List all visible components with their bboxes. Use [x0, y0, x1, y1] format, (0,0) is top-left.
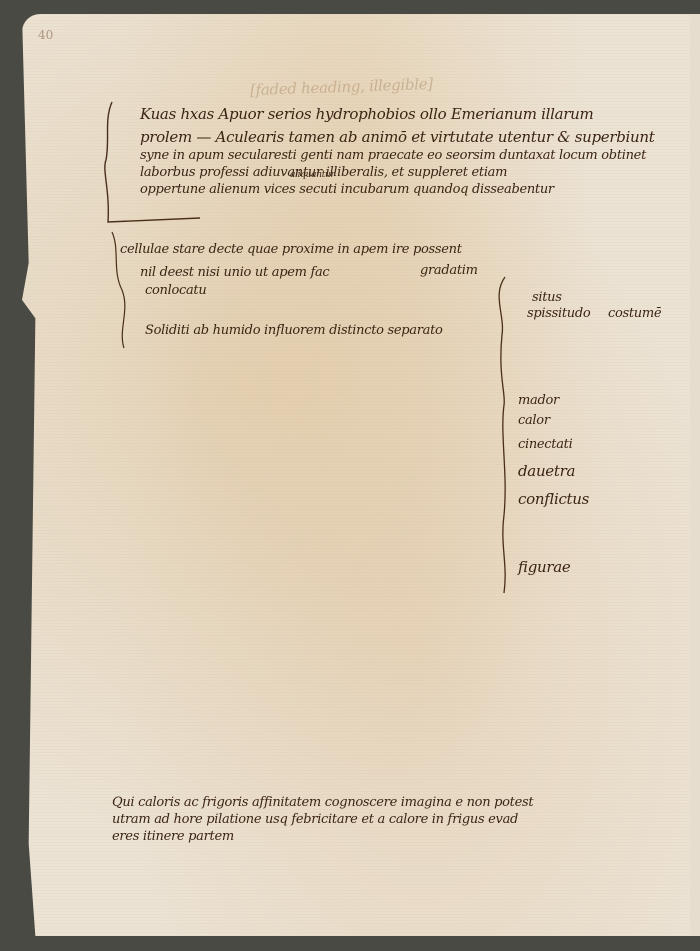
right-item-conflictus: conflictus — [518, 490, 589, 508]
marginal-gradatim: gradatim — [420, 263, 478, 278]
interlinear-insertion: aliquantur — [290, 170, 335, 180]
block1-line-5: oppertune alienum vices secuti incubarum… — [140, 182, 554, 197]
right-item-costum: costumē — [608, 306, 661, 321]
block2-line-b: Soliditi ab humido influorem distincto s… — [145, 323, 443, 338]
right-item-calor: calor — [518, 413, 550, 428]
right-item-situs: situs — [532, 290, 562, 305]
block3-line-3: eres itinere partem — [112, 829, 234, 844]
right-item-cinectati: cinectati — [518, 437, 572, 452]
right-column-brace — [490, 275, 520, 595]
block1-line-1: Kuas hxas Apuor serios hydrophobios ollo… — [140, 105, 593, 123]
block2-line-1: cellulae stare decte quae proxime in ape… — [120, 242, 462, 257]
right-item-dauetra: dauetra — [518, 462, 575, 480]
block1-line-3: syne in apum secularesti genti nam praec… — [140, 148, 646, 163]
block1-line-2: prolem — Aculearis tamen ab animō et vir… — [140, 128, 655, 146]
right-item-spissitudo: spissitudo — [527, 306, 590, 321]
block3-line-1: Qui caloris ac frigoris affinitatem cogn… — [112, 795, 533, 810]
right-item-mador: mador — [518, 393, 559, 408]
block3-line-2: utram ad hore pilatione usq febricitare … — [112, 812, 518, 827]
block2-line-2: nil deest nisi unio ut apem fac — [140, 265, 329, 280]
folio-number: 40 — [38, 28, 53, 42]
block2-line-3: conlocatu — [145, 283, 206, 298]
left-brace-block1 — [100, 100, 120, 225]
right-item-figurae: figurae — [518, 558, 571, 576]
